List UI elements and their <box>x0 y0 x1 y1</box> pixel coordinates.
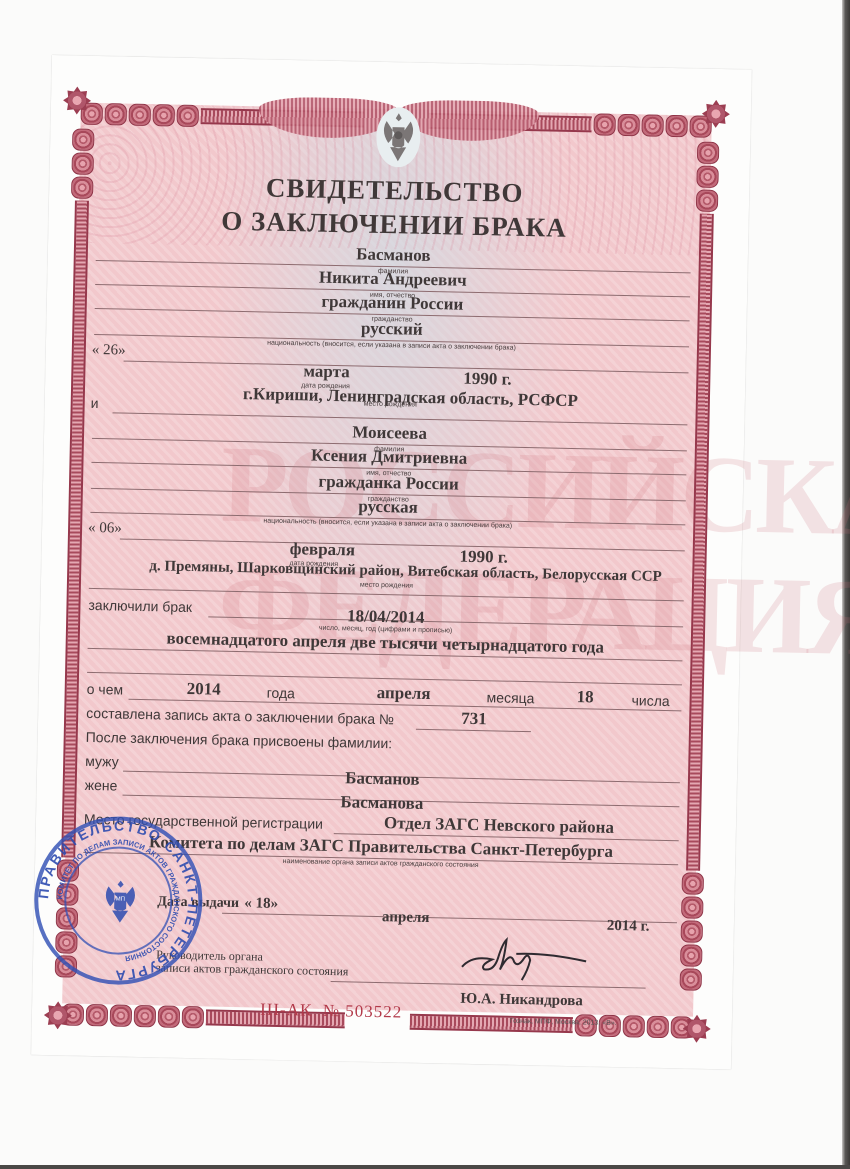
rosette-icon <box>158 1005 180 1027</box>
number-sign: № <box>323 1001 341 1020</box>
rosette-icon <box>681 896 703 918</box>
seal-eagle-icon: МП <box>100 876 141 925</box>
record-day: 18 <box>576 687 593 707</box>
issue-year: 2014 г. <box>607 918 650 936</box>
serial-series: III-АК <box>260 1000 313 1020</box>
certificate: РОССИЙСКАЯ ФЕДЕРАЦИЯ <box>40 80 735 1039</box>
act-number: 731 <box>461 709 487 730</box>
rosette-icon <box>593 113 615 135</box>
rosette-icon <box>665 115 687 137</box>
record-prefix: о чем <box>87 681 124 698</box>
rosette-icon <box>623 1015 645 1037</box>
rosette-icon <box>134 1005 156 1027</box>
record-month-label: месяца <box>486 689 534 706</box>
rosette-icon <box>617 114 639 136</box>
rosette-icon <box>153 104 175 126</box>
husband-birth-day: « 26» <box>92 342 126 360</box>
record-year: 2014 <box>187 679 221 700</box>
signatory-name: Ю.А. Никандрова <box>460 991 583 1011</box>
record-year-label: года <box>267 685 296 702</box>
rosette-icon <box>641 114 663 136</box>
rosette-icon <box>697 142 719 164</box>
rosette-icon <box>182 1006 204 1028</box>
scanner-bottom-edge <box>0 1165 850 1169</box>
husband-birth-month: марта <box>303 361 350 382</box>
wife-birth-month: февраля <box>289 539 355 560</box>
rosette-icon <box>129 104 151 126</box>
rosette-icon <box>177 105 199 127</box>
rosette-icon <box>647 1016 669 1038</box>
record-month: апреля <box>377 683 431 704</box>
record-day-label: числа <box>631 692 669 709</box>
serial-digits: 503522 <box>345 1001 402 1021</box>
rosette-icon <box>680 944 702 966</box>
certificate-sheet: РОССИЙСКАЯ ФЕДЕРАЦИЯ <box>31 55 752 1069</box>
issue-day: « 18» <box>244 895 278 913</box>
wife-birth-day: « 06» <box>88 520 122 538</box>
svg-text:МП: МП <box>116 897 125 903</box>
issue-month: апреля <box>382 909 430 927</box>
rosette-icon <box>681 920 703 942</box>
rosette-icon <box>72 128 94 150</box>
rosette-icon <box>86 1004 108 1026</box>
double-headed-eagle-icon <box>376 107 421 168</box>
rosette-icon <box>110 1004 132 1026</box>
rosette-icon <box>680 968 702 990</box>
official-seal: ПРАВИТЕЛЬСТВО САНКТ-ПЕТЕРБУРГА КОМИТЕТ П… <box>33 815 204 986</box>
serial-number: III-АК № 503522 <box>260 1000 403 1023</box>
rosette-icon <box>105 103 127 125</box>
rosette-icon <box>682 872 704 894</box>
signature <box>456 933 597 990</box>
